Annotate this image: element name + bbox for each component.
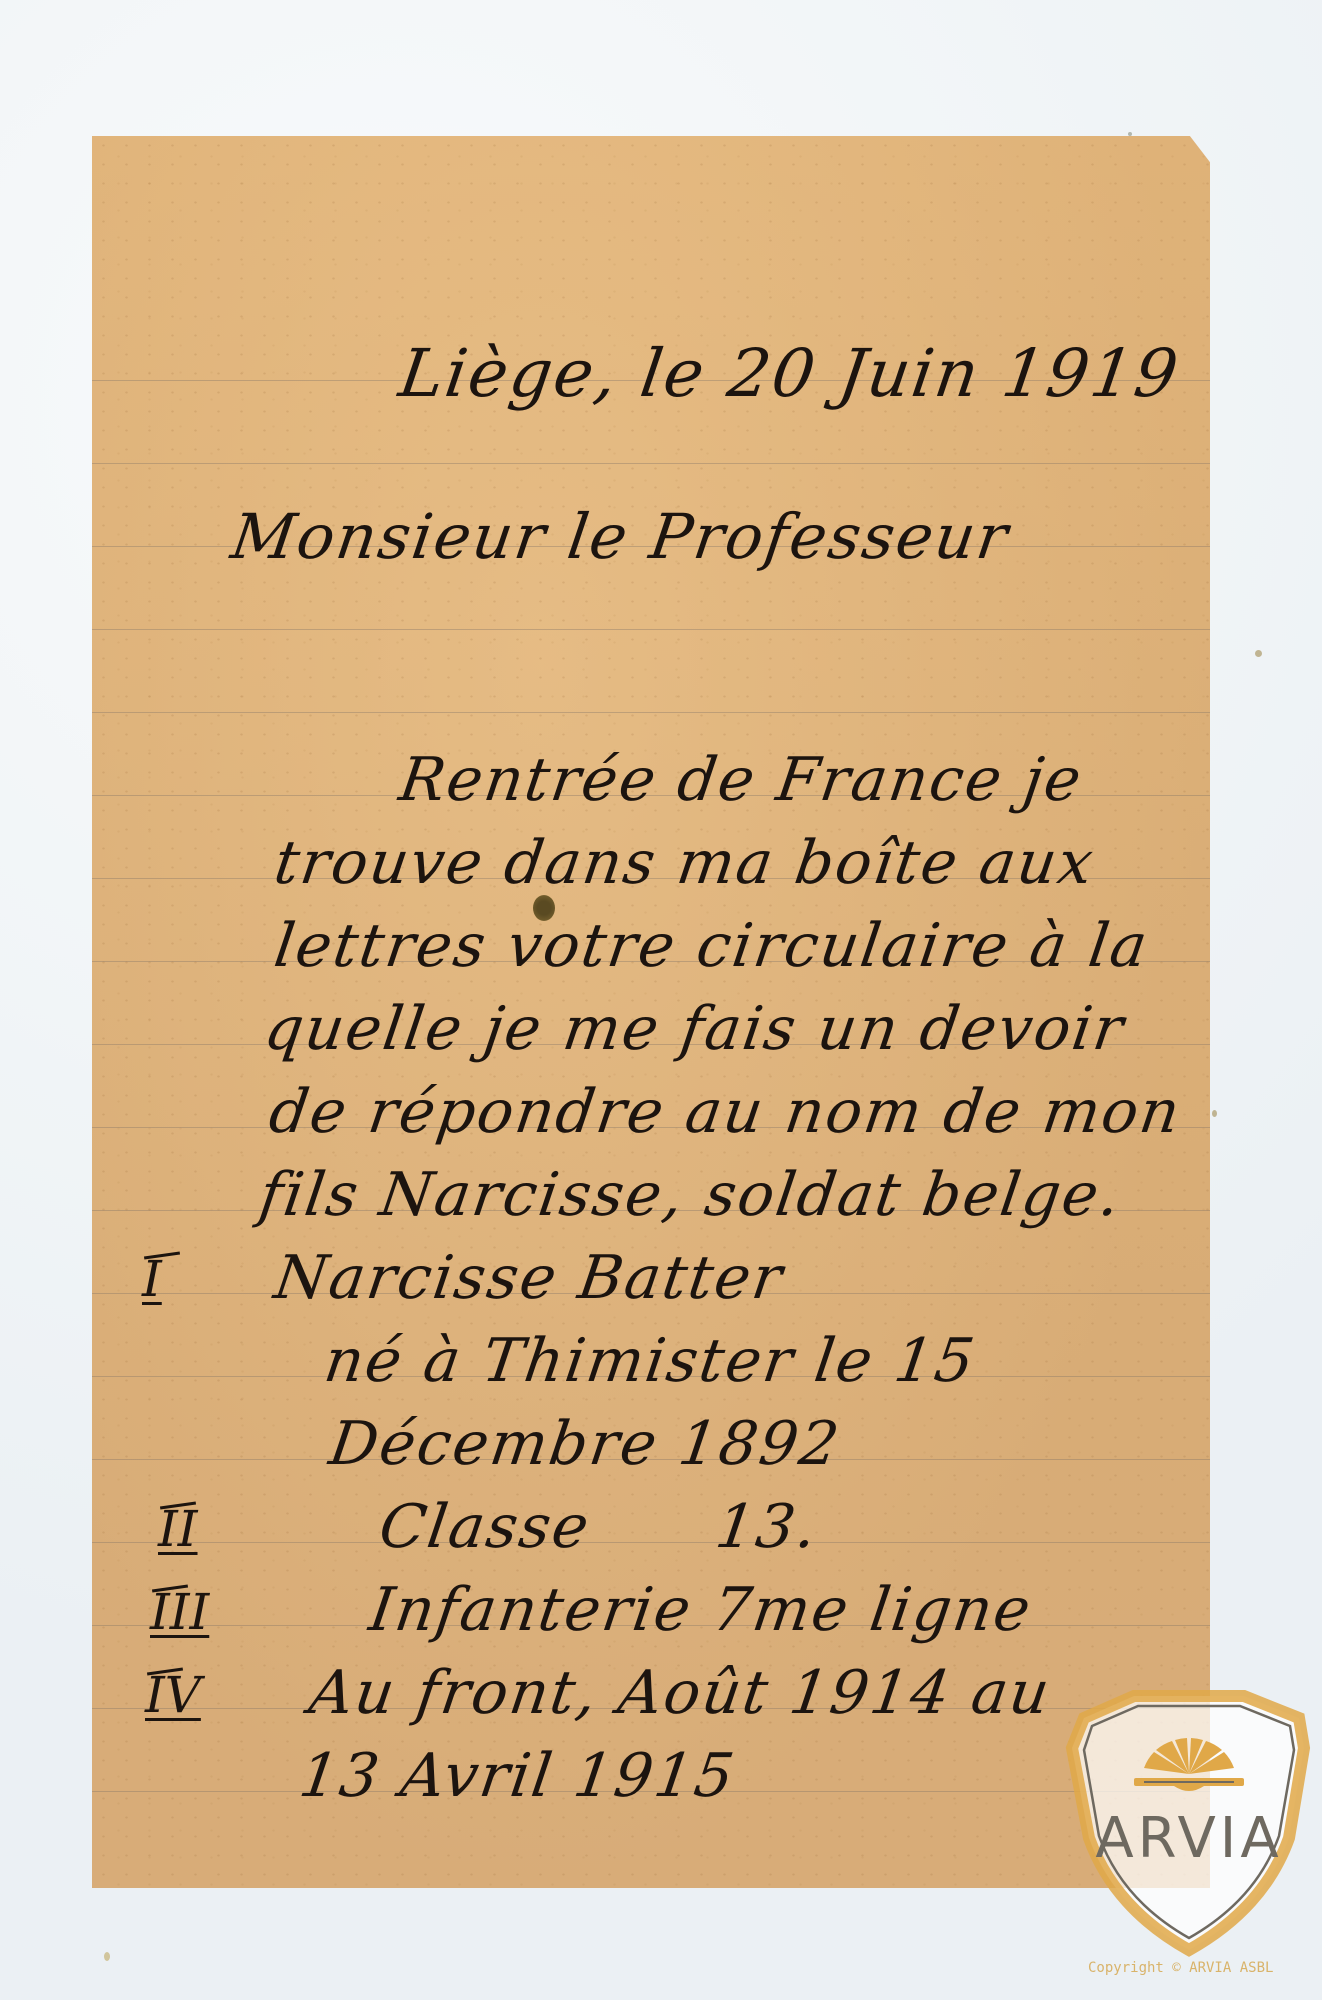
item-line: Décembre 1892 — [325, 1409, 845, 1479]
item-line: Narcisse Batter — [270, 1243, 788, 1313]
item-numeral: I — [142, 1250, 162, 1308]
item-numeral: III — [150, 1583, 209, 1641]
item-line: Infanterie 7me ligne — [365, 1575, 1036, 1645]
body-line: Rentrée de France je — [395, 745, 1087, 815]
copyright-notice: Copyright © ARVIA ASBL — [1088, 1960, 1273, 1976]
body-line: fils Narcisse, soldat belge. — [255, 1160, 1126, 1230]
body-line: lettres votre circulaire à la — [270, 911, 1153, 981]
ruled-line — [92, 712, 1210, 713]
dust-speck — [1128, 132, 1132, 136]
item-line: Classe 13. — [375, 1492, 823, 1562]
ruled-line — [92, 463, 1210, 464]
item-numeral: II — [158, 1500, 198, 1558]
item-line: Au front, Août 1914 au — [305, 1658, 1055, 1728]
item-line: né à Thimister le 15 — [320, 1326, 980, 1396]
item-line: 13 Avril 1915 — [295, 1741, 740, 1811]
place-date: Liège, le 20 Juin 1919 — [395, 335, 1185, 412]
dust-speck — [1255, 650, 1262, 657]
item-numeral: IV — [145, 1666, 201, 1724]
dust-speck — [104, 1952, 110, 1961]
ruled-line — [92, 629, 1210, 630]
salutation: Monsieur le Professeur — [227, 500, 1014, 573]
arvia-logo: ARVIA — [1064, 1688, 1314, 1958]
open-book-sunburst-icon — [1134, 1738, 1244, 1798]
dust-speck — [1212, 1110, 1217, 1117]
body-line: de répondre au nom de mon — [265, 1077, 1186, 1147]
body-line: trouve dans ma boîte aux — [270, 828, 1099, 898]
body-line: quelle je me fais un devoir — [260, 994, 1129, 1064]
logo-wordmark: ARVIA — [1064, 1806, 1314, 1871]
